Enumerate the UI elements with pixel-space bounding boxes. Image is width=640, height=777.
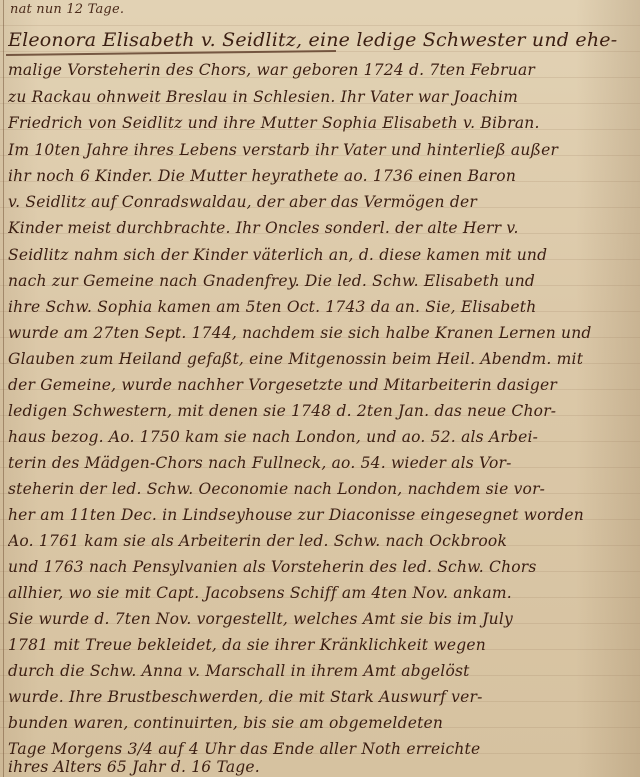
manuscript-page: nat nun 12 Tage. Eleonora Elisabeth v. S…: [0, 0, 640, 777]
text-line-16: haus bezog. Ao. 1750 kam sie nach London…: [8, 427, 634, 447]
text-line-25: durch die Schw. Anna v. Marschall in ihr…: [8, 661, 634, 681]
text-line-19: her am 11ten Dec. in Lindseyhouse zur Di…: [8, 505, 634, 525]
text-line-18: steherin der led. Schw. Oeconomie nach L…: [8, 479, 634, 499]
text-line-15: ledigen Schwestern, mit denen sie 1748 d…: [8, 401, 634, 421]
text-line-6: ihr noch 6 Kinder. Die Mutter heyrathete…: [8, 166, 634, 186]
text-line-22: allhier, wo sie mit Capt. Jacobsens Schi…: [8, 583, 634, 603]
text-line-21: und 1763 nach Pensylvanien als Vorsteher…: [8, 557, 634, 577]
text-line-28: Tage Morgens 3/4 auf 4 Uhr das Ende alle…: [8, 739, 634, 759]
text-line-9: Seidlitz nahm sich der Kinder väterlich …: [8, 245, 634, 265]
header-fragment: nat nun 12 Tage.: [10, 0, 634, 20]
text-line-10: nach zur Gemeine nach Gnadenfrey. Die le…: [8, 271, 634, 291]
text-line-11: ihre Schw. Sophia kamen am 5ten Oct. 174…: [8, 297, 634, 317]
text-line-5: Im 10ten Jahre ihres Lebens verstarb ihr…: [8, 140, 634, 160]
text-line-29: ihres Alters 65 Jahr d. 16 Tage.: [8, 757, 634, 777]
text-line-14: der Gemeine, wurde nachher Vorgesetzte u…: [8, 375, 634, 395]
text-line-3: zu Rackau ohnweit Breslau in Schlesien. …: [8, 87, 634, 107]
text-line-23: Sie wurde d. 7ten Nov. vorgestellt, welc…: [8, 609, 634, 629]
text-line-8: Kinder meist durchbrachte. Ihr Oncles so…: [8, 218, 634, 238]
text-line-27: bunden waren, continuirten, bis sie am o…: [8, 713, 634, 733]
text-line-17: terin des Mädgen-Chors nach Fullneck, ao…: [8, 453, 634, 473]
text-line-24: 1781 mit Treue bekleidet, da sie ihrer K…: [8, 635, 634, 655]
text-line-4: Friedrich von Seidlitz und ihre Mutter S…: [8, 113, 634, 133]
text-line-1: Eleonora Elisabeth v. Seidlitz, eine led…: [8, 30, 634, 50]
text-line-7: v. Seidlitz auf Conradswaldau, der aber …: [8, 192, 634, 212]
text-line-2: malige Vorsteherin des Chors, war gebore…: [8, 60, 634, 80]
text-line-12: wurde am 27ten Sept. 1744, nachdem sie s…: [8, 323, 634, 343]
text-line-20: Ao. 1761 kam sie als Arbeiterin der led.…: [8, 531, 634, 551]
margin-rule: [3, 0, 4, 777]
text-line-26: wurde. Ihre Brustbeschwerden, die mit St…: [8, 687, 634, 707]
text-line-13: Glauben zum Heiland gefaßt, eine Mitgeno…: [8, 349, 634, 369]
